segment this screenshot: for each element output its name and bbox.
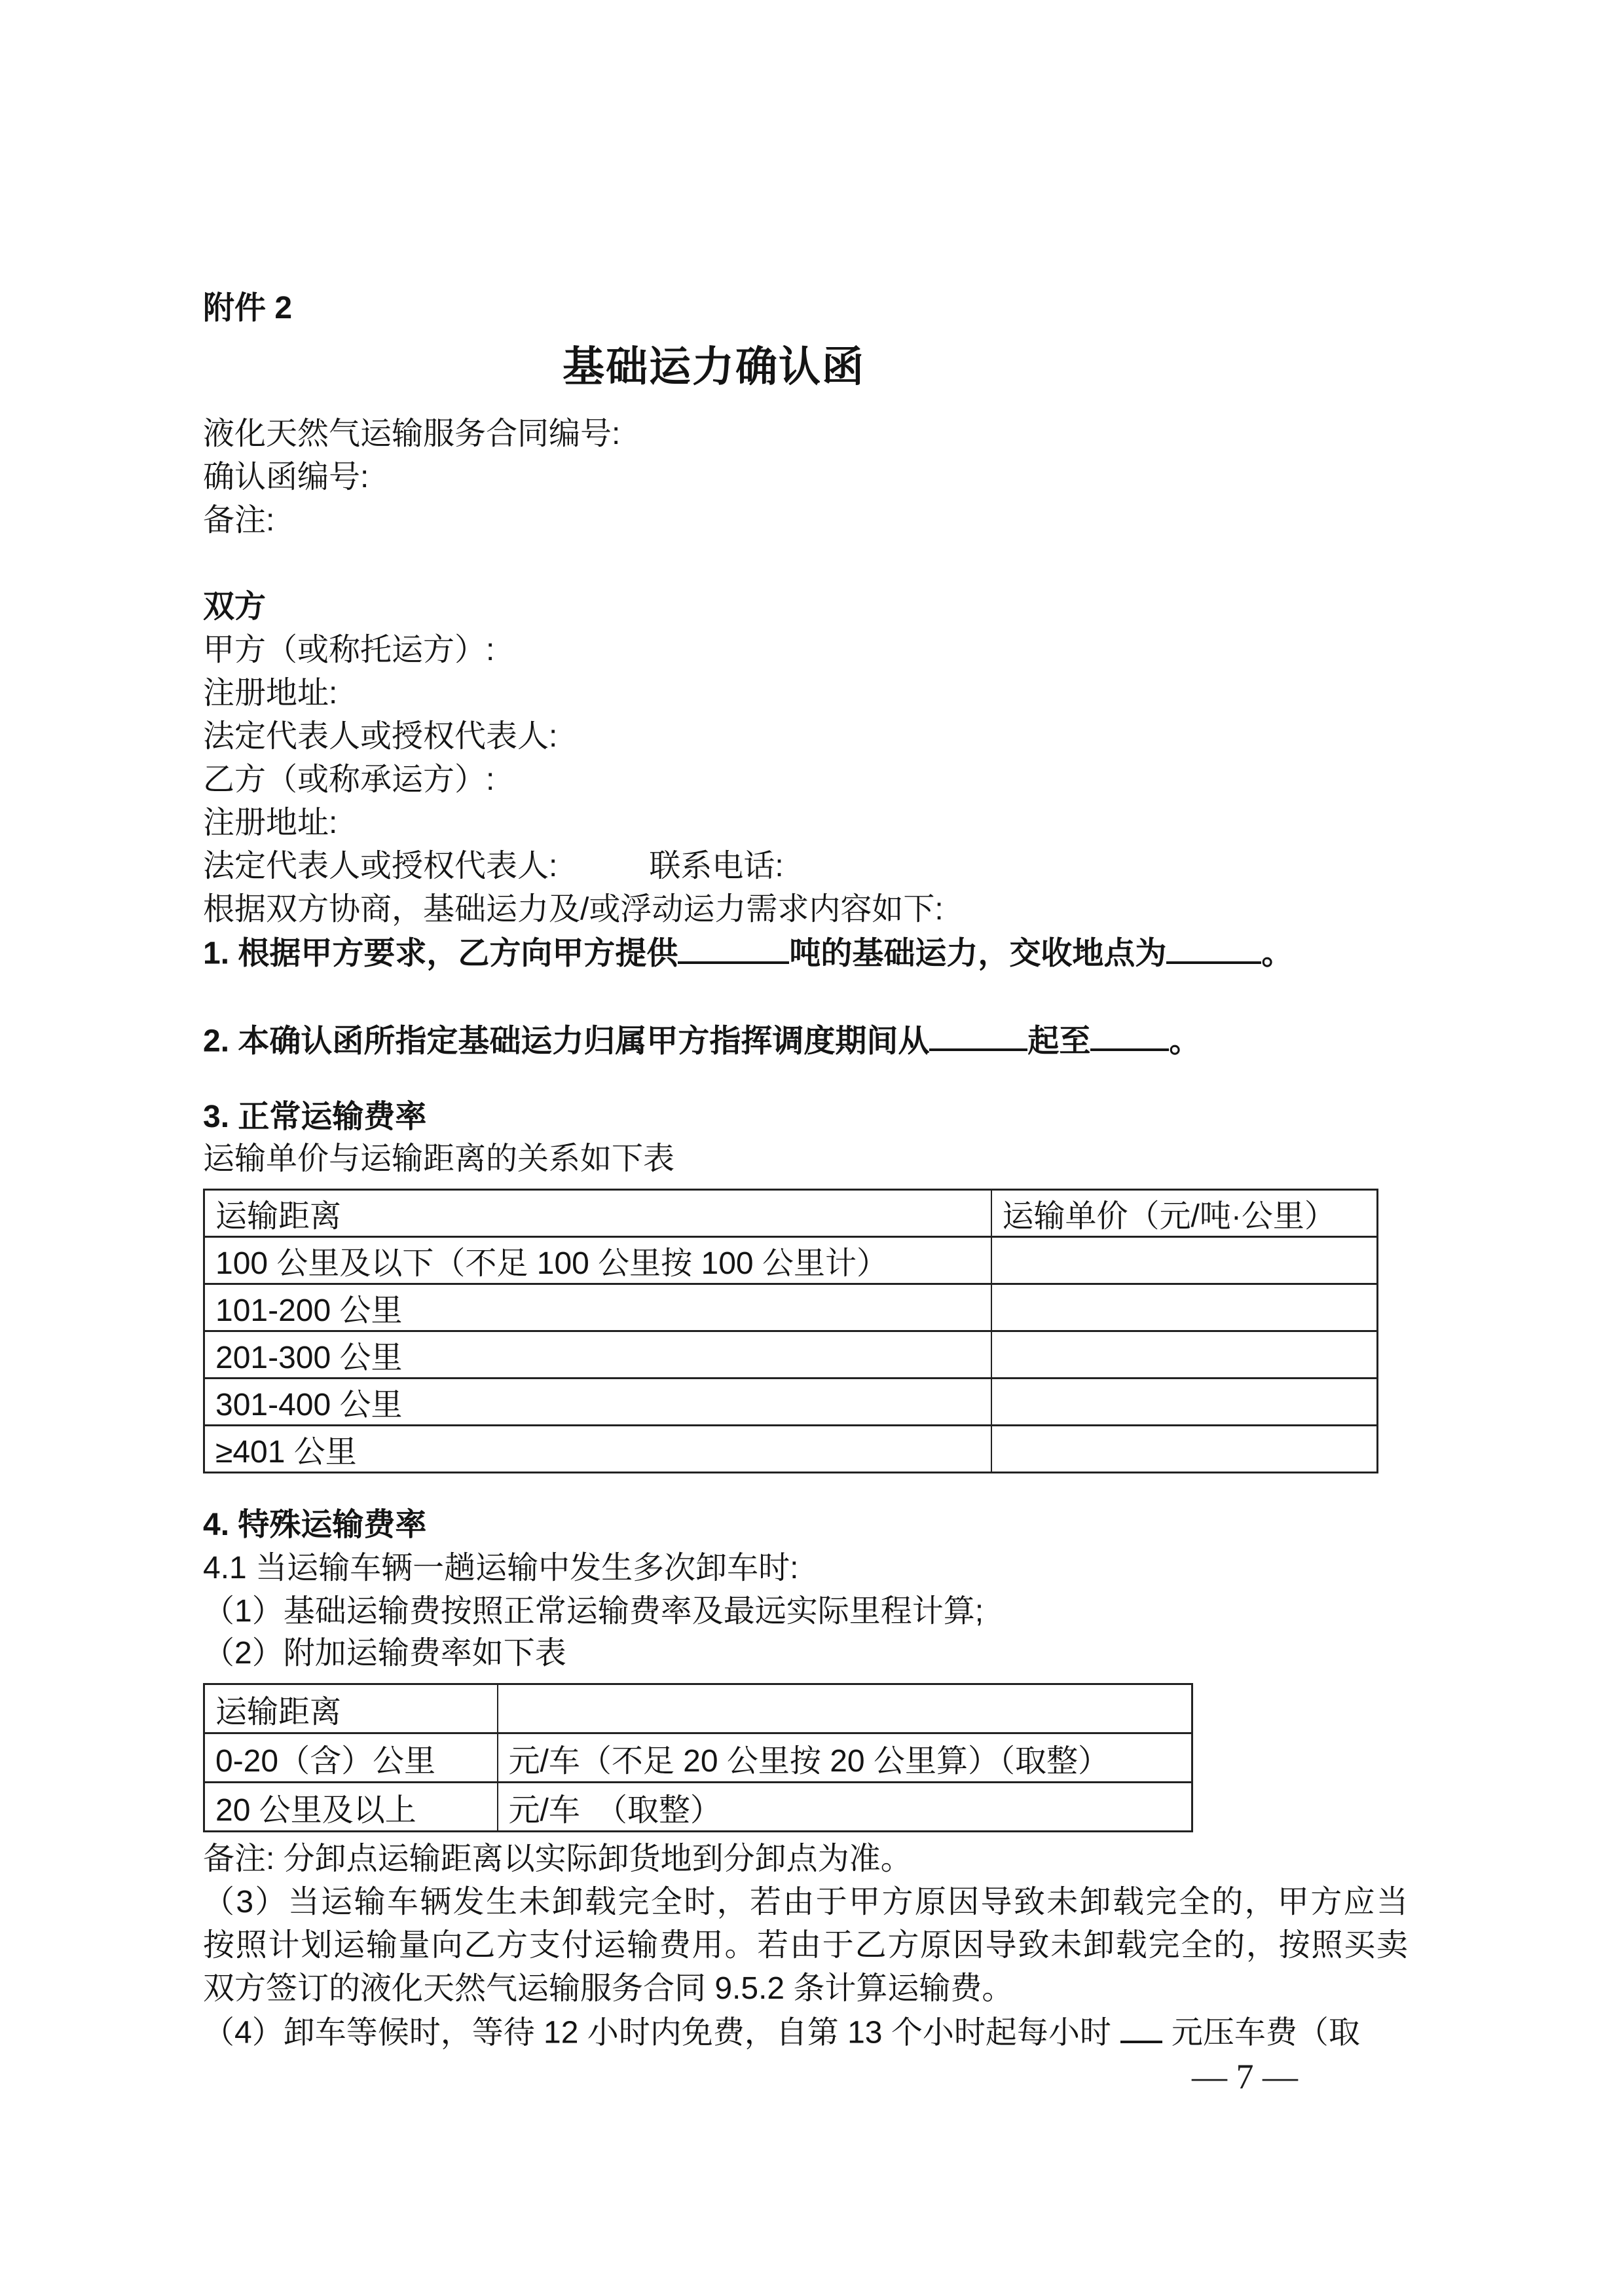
page-number: — 7 — bbox=[1192, 2056, 1298, 2097]
party-a-label: 甲方（或称托运方）: bbox=[203, 629, 1408, 672]
table-row: 20 公里及以上 元/车 （取整） bbox=[204, 1783, 1192, 1832]
header-cell-distance: 运输距离 bbox=[204, 1684, 498, 1733]
rate-cell: 元/车（不足 20 公里按 20 公里算）（取整） bbox=[498, 1733, 1192, 1783]
distance-cell: 301-400 公里 bbox=[204, 1379, 991, 1426]
party-a-representative-label: 法定代表人或授权代表人: bbox=[203, 715, 1408, 758]
price-cell bbox=[991, 1379, 1378, 1426]
item-4-text-1: （4）卸车等候时，等待 12 小时内免费，自第 13 个小时起每小时 bbox=[203, 2016, 1111, 2050]
item-4-text-2: 元压车费（取 bbox=[1172, 2016, 1360, 2050]
blank-delivery-place-field bbox=[1166, 931, 1261, 964]
section-4-item-4: （4）卸车等候时，等待 12 小时内免费，自第 13 个小时起每小时元压车费（取 bbox=[203, 2010, 1408, 2055]
party-b-phone-label: 联系电话: bbox=[649, 849, 783, 883]
clause-1-text-2: 吨的基础运力，交收地点为 bbox=[789, 936, 1166, 971]
confirmation-number-label: 确认函编号: bbox=[203, 456, 1408, 499]
attachment-label: 附件 2 bbox=[203, 287, 1408, 330]
blank-tonnage-field bbox=[678, 931, 789, 964]
party-b-representative-label: 法定代表人或授权代表人: bbox=[203, 849, 557, 883]
clause-2-text-3: 。 bbox=[1169, 1024, 1200, 1058]
normal-rate-table: 运输距离 运输单价（元/吨·公里） 100 公里及以下（不足 100 公里按 1… bbox=[203, 1189, 1378, 1473]
party-b-representative-line: 法定代表人或授权代表人:联系电话: bbox=[203, 845, 1408, 888]
table-header-row: 运输距离 bbox=[204, 1684, 1192, 1733]
negotiation-intro: 根据双方协商，基础运力及/或浮动运力需求内容如下: bbox=[203, 888, 1408, 931]
section-4-item-1: （1）基础运输费按照正常运输费率及最远实际里程计算; bbox=[203, 1590, 1408, 1633]
parties-section-heading: 双方 bbox=[203, 585, 1408, 629]
document-page: 附件 2 基础运力确认函 液化天然气运输服务合同编号: 确认函编号: 备注: 双… bbox=[0, 0, 1624, 2296]
table-row: 301-400 公里 bbox=[204, 1379, 1378, 1426]
clause-2: 2. 本确认函所指定基础运力归属甲方指挥调度期间从起至。 bbox=[203, 1019, 1408, 1064]
table-row: 101-200 公里 bbox=[204, 1284, 1378, 1331]
remarks-label: 备注: bbox=[203, 499, 1408, 542]
distance-cell: 100 公里及以下（不足 100 公里按 100 公里计） bbox=[204, 1237, 991, 1284]
header-cell-distance: 运输距离 bbox=[204, 1190, 991, 1237]
page-title: 基础运力确认函 bbox=[203, 341, 1225, 393]
table-row: 0-20（含）公里 元/车（不足 20 公里按 20 公里算）（取整） bbox=[204, 1733, 1192, 1783]
table-row: 100 公里及以下（不足 100 公里按 100 公里计） bbox=[204, 1237, 1378, 1284]
section-3-intro: 运输单价与运输距离的关系如下表 bbox=[203, 1139, 1408, 1179]
additional-rate-table: 运输距离 0-20（含）公里 元/车（不足 20 公里按 20 公里算）（取整）… bbox=[203, 1683, 1193, 1832]
section-4-heading: 4. 特殊运输费率 bbox=[203, 1504, 1408, 1547]
price-cell bbox=[991, 1331, 1378, 1379]
blank-end-date-field bbox=[1090, 1019, 1169, 1052]
distance-cell: 0-20（含）公里 bbox=[204, 1733, 498, 1783]
party-b-label: 乙方（或称承运方）: bbox=[203, 758, 1408, 802]
table-header-row: 运输距离 运输单价（元/吨·公里） bbox=[204, 1190, 1378, 1237]
section-3-heading: 3. 正常运输费率 bbox=[203, 1096, 1408, 1139]
contract-number-label: 液化天然气运输服务合同编号: bbox=[203, 413, 1408, 456]
distance-cell: 101-200 公里 bbox=[204, 1284, 991, 1331]
clause-1: 1. 根据甲方要求，乙方向甲方提供吨的基础运力，交收地点为。 bbox=[203, 931, 1408, 976]
distance-cell: 20 公里及以上 bbox=[204, 1783, 498, 1832]
section-4-1: 4.1 当运输车辆一趟运输中发生多次卸车时: bbox=[203, 1547, 1408, 1590]
section-4-item-3-line-2: 按照计划运输量向乙方支付运输费用。若由于乙方原因导致未卸载完全的，按照买卖 bbox=[203, 1924, 1408, 1967]
blank-demurrage-fee-field bbox=[1120, 2010, 1162, 2043]
header-cell-unit-price: 运输单价（元/吨·公里） bbox=[991, 1190, 1378, 1237]
clause-1-text-1: 1. 根据甲方要求，乙方向甲方提供 bbox=[203, 936, 678, 971]
price-cell bbox=[991, 1284, 1378, 1331]
distance-cell: 201-300 公里 bbox=[204, 1331, 991, 1379]
clause-1-text-3: 。 bbox=[1261, 936, 1293, 971]
clause-2-text-2: 起至 bbox=[1027, 1024, 1090, 1058]
additional-table-note: 备注: 分卸点运输距离以实际卸货地到分卸点为准。 bbox=[203, 1838, 1408, 1881]
header-cell-empty bbox=[498, 1684, 1192, 1733]
section-4-item-3-line-3: 双方签订的液化天然气运输服务合同 9.5.2 条计算运输费。 bbox=[203, 1967, 1408, 2010]
section-4-item-2: （2）附加运输费率如下表 bbox=[203, 1633, 1408, 1674]
section-4-item-3-line-1: （3）当运输车辆发生未卸载完全时，若由于甲方原因导致未卸载完全的，甲方应当 bbox=[203, 1881, 1408, 1924]
price-cell bbox=[991, 1426, 1378, 1473]
blank-start-date-field bbox=[929, 1019, 1027, 1052]
distance-cell: ≥401 公里 bbox=[204, 1426, 991, 1473]
rate-cell: 元/车 （取整） bbox=[498, 1783, 1192, 1832]
price-cell bbox=[991, 1237, 1378, 1284]
party-b-address-label: 注册地址: bbox=[203, 802, 1408, 845]
table-row: 201-300 公里 bbox=[204, 1331, 1378, 1379]
table-row: ≥401 公里 bbox=[204, 1426, 1378, 1473]
clause-2-text-1: 2. 本确认函所指定基础运力归属甲方指挥调度期间从 bbox=[203, 1024, 929, 1058]
party-a-address-label: 注册地址: bbox=[203, 672, 1408, 715]
